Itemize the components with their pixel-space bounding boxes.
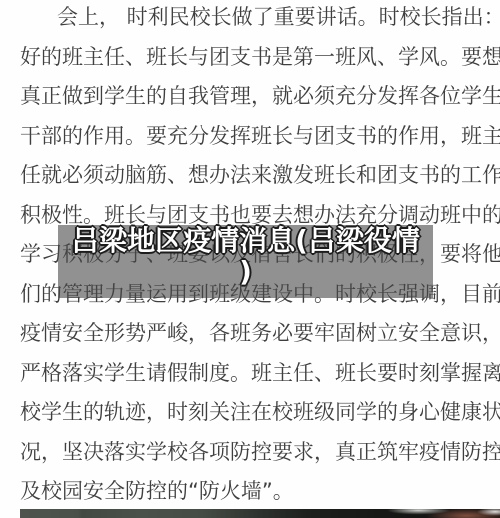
watermark-title-banner: 吕梁地区疫情消息(吕梁役情 ): [58, 225, 433, 298]
article-line: 会上， 时利民校长做了重要讲话。时校长指出：: [20, 0, 484, 38]
article-line: 校学生的轨迹，时刻关注在校班级同学的身心健康状: [20, 393, 484, 433]
article-line: 疫情安全形势严峻，各班务必要牢固树立安全意识，: [20, 314, 484, 354]
article-line: 况，坚决落实学校各项防控要求，真正筑牢疫情防控: [20, 433, 484, 473]
article-line: 及校园安全防控的“防火墙”。: [20, 472, 484, 512]
article-line: 真正做到学生的自我管理，就必须充分发挥各位学生: [20, 77, 484, 117]
article-line: 好的班主任、班长与团支书是第一班风、学风。要想: [20, 38, 484, 78]
watermark-title-line: ): [239, 256, 252, 287]
article-line: 任就必须动脑筋、想办法来激发班长和团支书的工作: [20, 156, 484, 196]
photo-top-edge: [20, 509, 500, 518]
article-line: 干部的作用。要充分发挥班长与团支书的作用，班主: [20, 117, 484, 157]
article-line: 严格落实学生请假制度。班主任、班长要时刻掌握离: [20, 354, 484, 394]
watermark-title-line: 吕梁地区疫情消息(吕梁役情: [71, 225, 420, 256]
